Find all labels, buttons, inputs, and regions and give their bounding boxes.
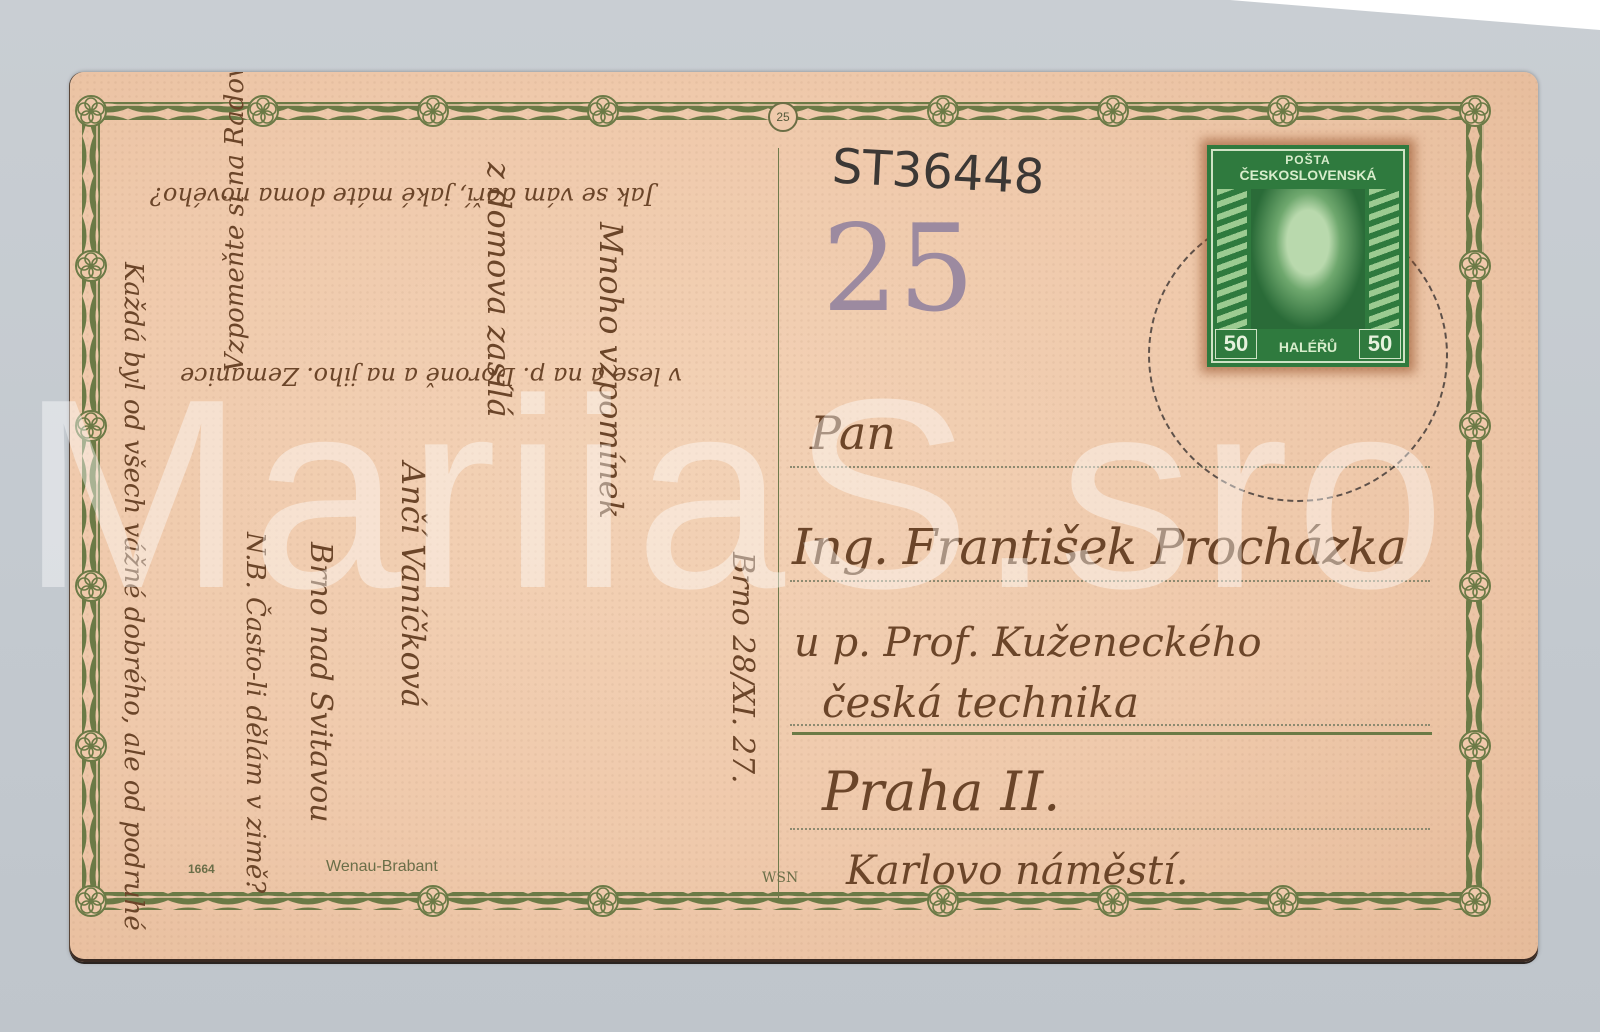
publisher-number: 1664 (188, 862, 215, 876)
address-name: Ing. František Procházka (792, 518, 1406, 576)
stamp-country-line1: POŠTA (1207, 153, 1409, 167)
inventory-number: ST36448 (831, 138, 1046, 205)
laurel-left-icon (1217, 189, 1247, 329)
publisher-logo: WSN (762, 870, 798, 886)
address-city: Praha II. (822, 760, 1060, 823)
address-street: Karlovo náměstí. (846, 848, 1188, 894)
address-salutation: Pan (810, 406, 896, 460)
address-line-4 (790, 828, 1430, 830)
publisher-name: Wenau-Brabant (326, 858, 438, 876)
message-line: Brno nad Svitavou (303, 542, 338, 823)
portrait-icon (1251, 189, 1365, 329)
address-institution: česká technika (822, 678, 1139, 727)
border-number-badge: 25 (768, 102, 798, 132)
pencil-price-mark: 25 (822, 200, 975, 339)
message-date: Brno 28/XI. 27. (725, 552, 760, 784)
message-line: Ančí Vaníčková (394, 462, 432, 708)
stamp-country-line2: ČESKOSLOVENSKÁ (1207, 167, 1409, 183)
postage-stamp: POŠTA ČESKOSLOVENSKÁ 50 HALÉŘŮ 50 (1207, 145, 1409, 367)
address-underline (792, 732, 1432, 735)
message-line: Každá byl od všech vážné dobrého, ale od… (118, 262, 148, 931)
address-divider-line (778, 148, 779, 898)
message-line-upside-down: Jak se vám daří, jaké máte doma nového? (150, 182, 654, 210)
postcard: 25 ST36448 25 POŠTA ČESKOSLOVENSKÁ 50 HA… (70, 72, 1538, 962)
address-care-of: u p. Prof. Kuženeckého (794, 620, 1262, 666)
laurel-right-icon (1369, 189, 1399, 329)
message-line-upside-down: Vzpomeňte si na Radovesice (220, 72, 250, 372)
message-line: N.B. Často-li dělám v zimě? (240, 532, 270, 893)
message-line-upside-down: v lese a na p. Doroně a na jiho. Zemanic… (180, 362, 682, 390)
stamp-value-right: 50 (1359, 329, 1401, 359)
address-line-2 (790, 580, 1430, 582)
